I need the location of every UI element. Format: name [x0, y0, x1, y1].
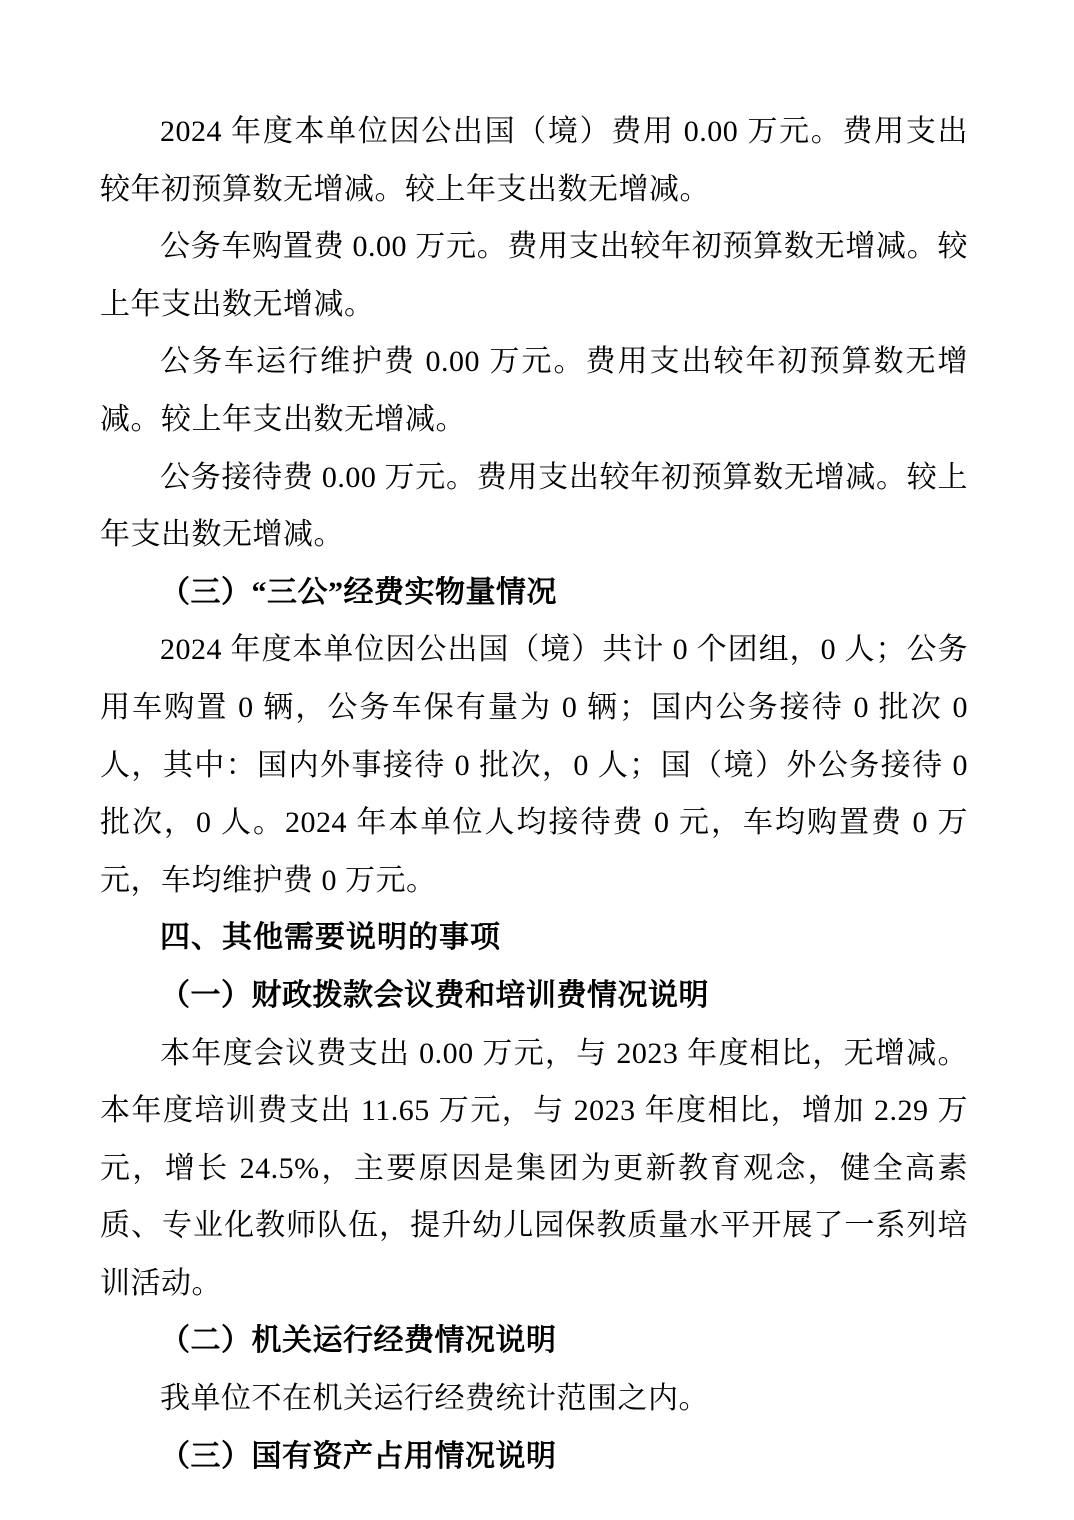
document-page: 2024 年度本单位因公出国（境）费用 0.00 万元。费用支出较年初预算数无增…: [0, 0, 1074, 1520]
heading-state-assets: （三）国有资产占用情况说明: [100, 1428, 968, 1486]
para-meeting-training-fee: 本年度会议费支出 0.00 万元，与 2023 年度相比，无增减。本年度培训费支…: [100, 1025, 968, 1313]
para-physical-quantity: 2024 年度本单位因公出国（境）共计 0 个团组，0 人；公务用车购置 0 辆…: [100, 621, 968, 909]
para-reception-expense: 公务接待费 0.00 万元。费用支出较年初预算数无增减。较上年支出数无增减。: [100, 449, 968, 564]
heading-meeting-training-fee: （一）财政拨款会议费和培训费情况说明: [100, 967, 968, 1025]
heading-three-public-physical: （三）“三公”经费实物量情况: [100, 564, 968, 622]
para-abroad-expense: 2024 年度本单位因公出国（境）费用 0.00 万元。费用支出较年初预算数无增…: [100, 103, 968, 218]
para-vehicle-purchase-expense: 公务车购置费 0.00 万元。费用支出较年初预算数无增减。较上年支出数无增减。: [100, 218, 968, 333]
heading-other-matters: 四、其他需要说明的事项: [100, 909, 968, 967]
document-body: 2024 年度本单位因公出国（境）费用 0.00 万元。费用支出较年初预算数无增…: [100, 103, 968, 1485]
para-operating-expense: 我单位不在机关运行经费统计范围之内。: [100, 1370, 968, 1428]
para-vehicle-maintenance-expense: 公务车运行维护费 0.00 万元。费用支出较年初预算数无增减。较上年支出数无增减…: [100, 333, 968, 448]
heading-operating-expense: （二）机关运行经费情况说明: [100, 1312, 968, 1370]
